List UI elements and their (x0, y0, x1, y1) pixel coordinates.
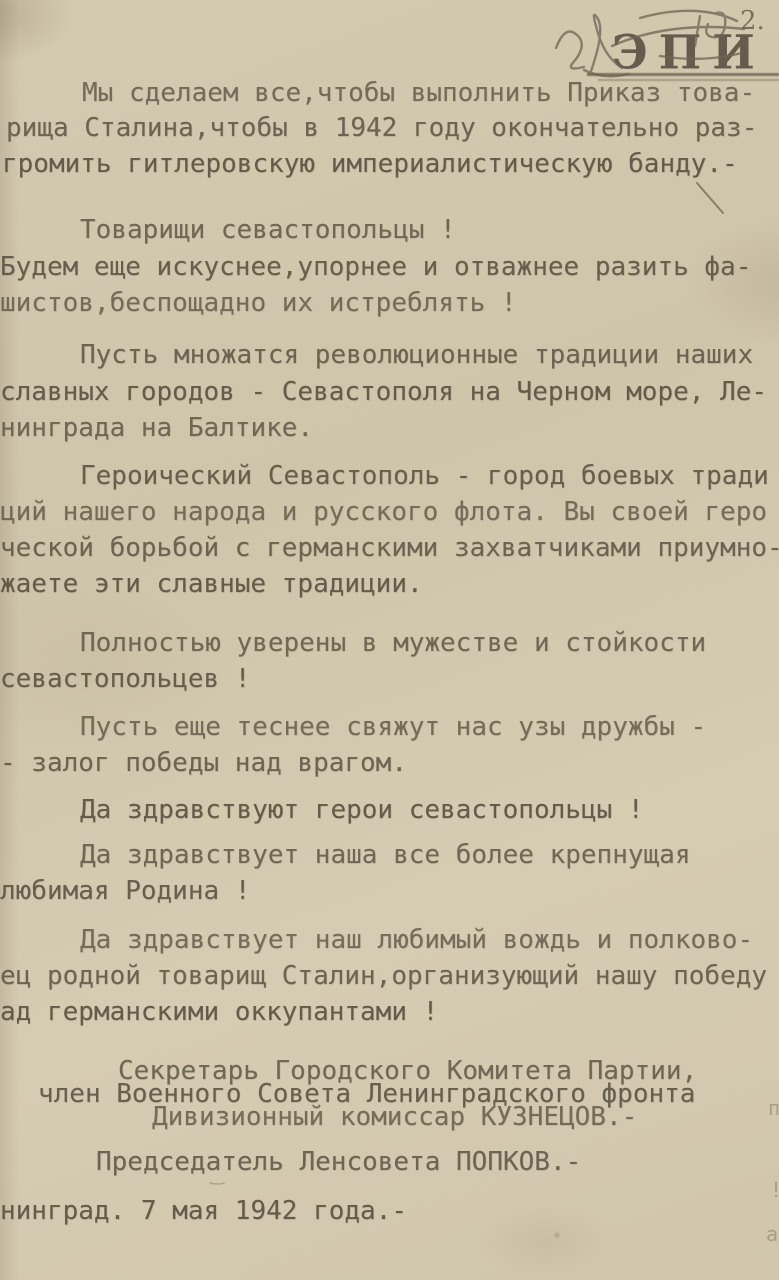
typewritten-text-layer: Мы сделаем все,чтобы выполнить Приказ то… (0, 0, 779, 1280)
edge-bleed-mark: п (768, 1096, 779, 1120)
text-line: Дивизионный комиссар КУЗНЕЦОВ.- (152, 1102, 637, 1132)
text-line: громить гитлеровскую империалистическую … (2, 149, 738, 179)
text-line: славных городов - Севастополя на Черном … (0, 377, 767, 407)
text-line: Да здравствует наша все более крепнущая (80, 840, 690, 870)
text-line: Пусть еще теснее свяжут нас узы дружбы - (80, 712, 706, 742)
stamp-underline-faint (598, 79, 779, 81)
text-line: любимая Родина ! (0, 876, 250, 906)
text-line: Героический Севастополь - город боевых т… (80, 461, 769, 491)
text-line: жаете эти славные традиции. (0, 569, 423, 599)
text-line: Да здравствуют герои севастопольцы ! (80, 795, 644, 825)
text-line: ций нашего народа и русского флота. Вы с… (0, 497, 767, 527)
text-line: Мы сделаем все,чтобы выполнить Приказ то… (82, 78, 755, 108)
text-line: Будем еще искуснее,упорнее и отважнее ра… (0, 252, 751, 282)
text-line: нинград. 7 мая 1942 года.- (0, 1196, 407, 1226)
text-line: ец родной товарищ Сталин,организующий на… (0, 961, 767, 991)
text-line: севастопольцев ! (0, 664, 250, 694)
page-number: 2. (740, 6, 765, 36)
text-line: ад германскими оккупантами ! (0, 997, 438, 1027)
text-line: Товарищи севастопольцы ! (80, 215, 456, 245)
text-line: Председатель Ленсовета ПОПКОВ.- (96, 1147, 581, 1177)
text-line: шистов,беспощадно их истреблять ! (0, 288, 517, 318)
text-line: Полностью уверены в мужестве и стойкости (80, 628, 706, 658)
text-line: рища Сталина,чтобы в 1942 году окончател… (6, 113, 757, 143)
edge-bleed-mark: ! (770, 1178, 779, 1202)
text-line: нинграда на Балтике. (0, 413, 313, 443)
stamp-underline (587, 73, 779, 76)
text-line: - залог победы над врагом. (0, 748, 407, 778)
text-line: Да здравствует наш любимый вождь и полко… (80, 925, 753, 955)
text-line: ческой борьбой с германскими захватчикам… (0, 533, 779, 563)
text-line: Пусть множатся революционные традиции на… (80, 340, 753, 370)
edge-bleed-mark: а (766, 1222, 778, 1246)
